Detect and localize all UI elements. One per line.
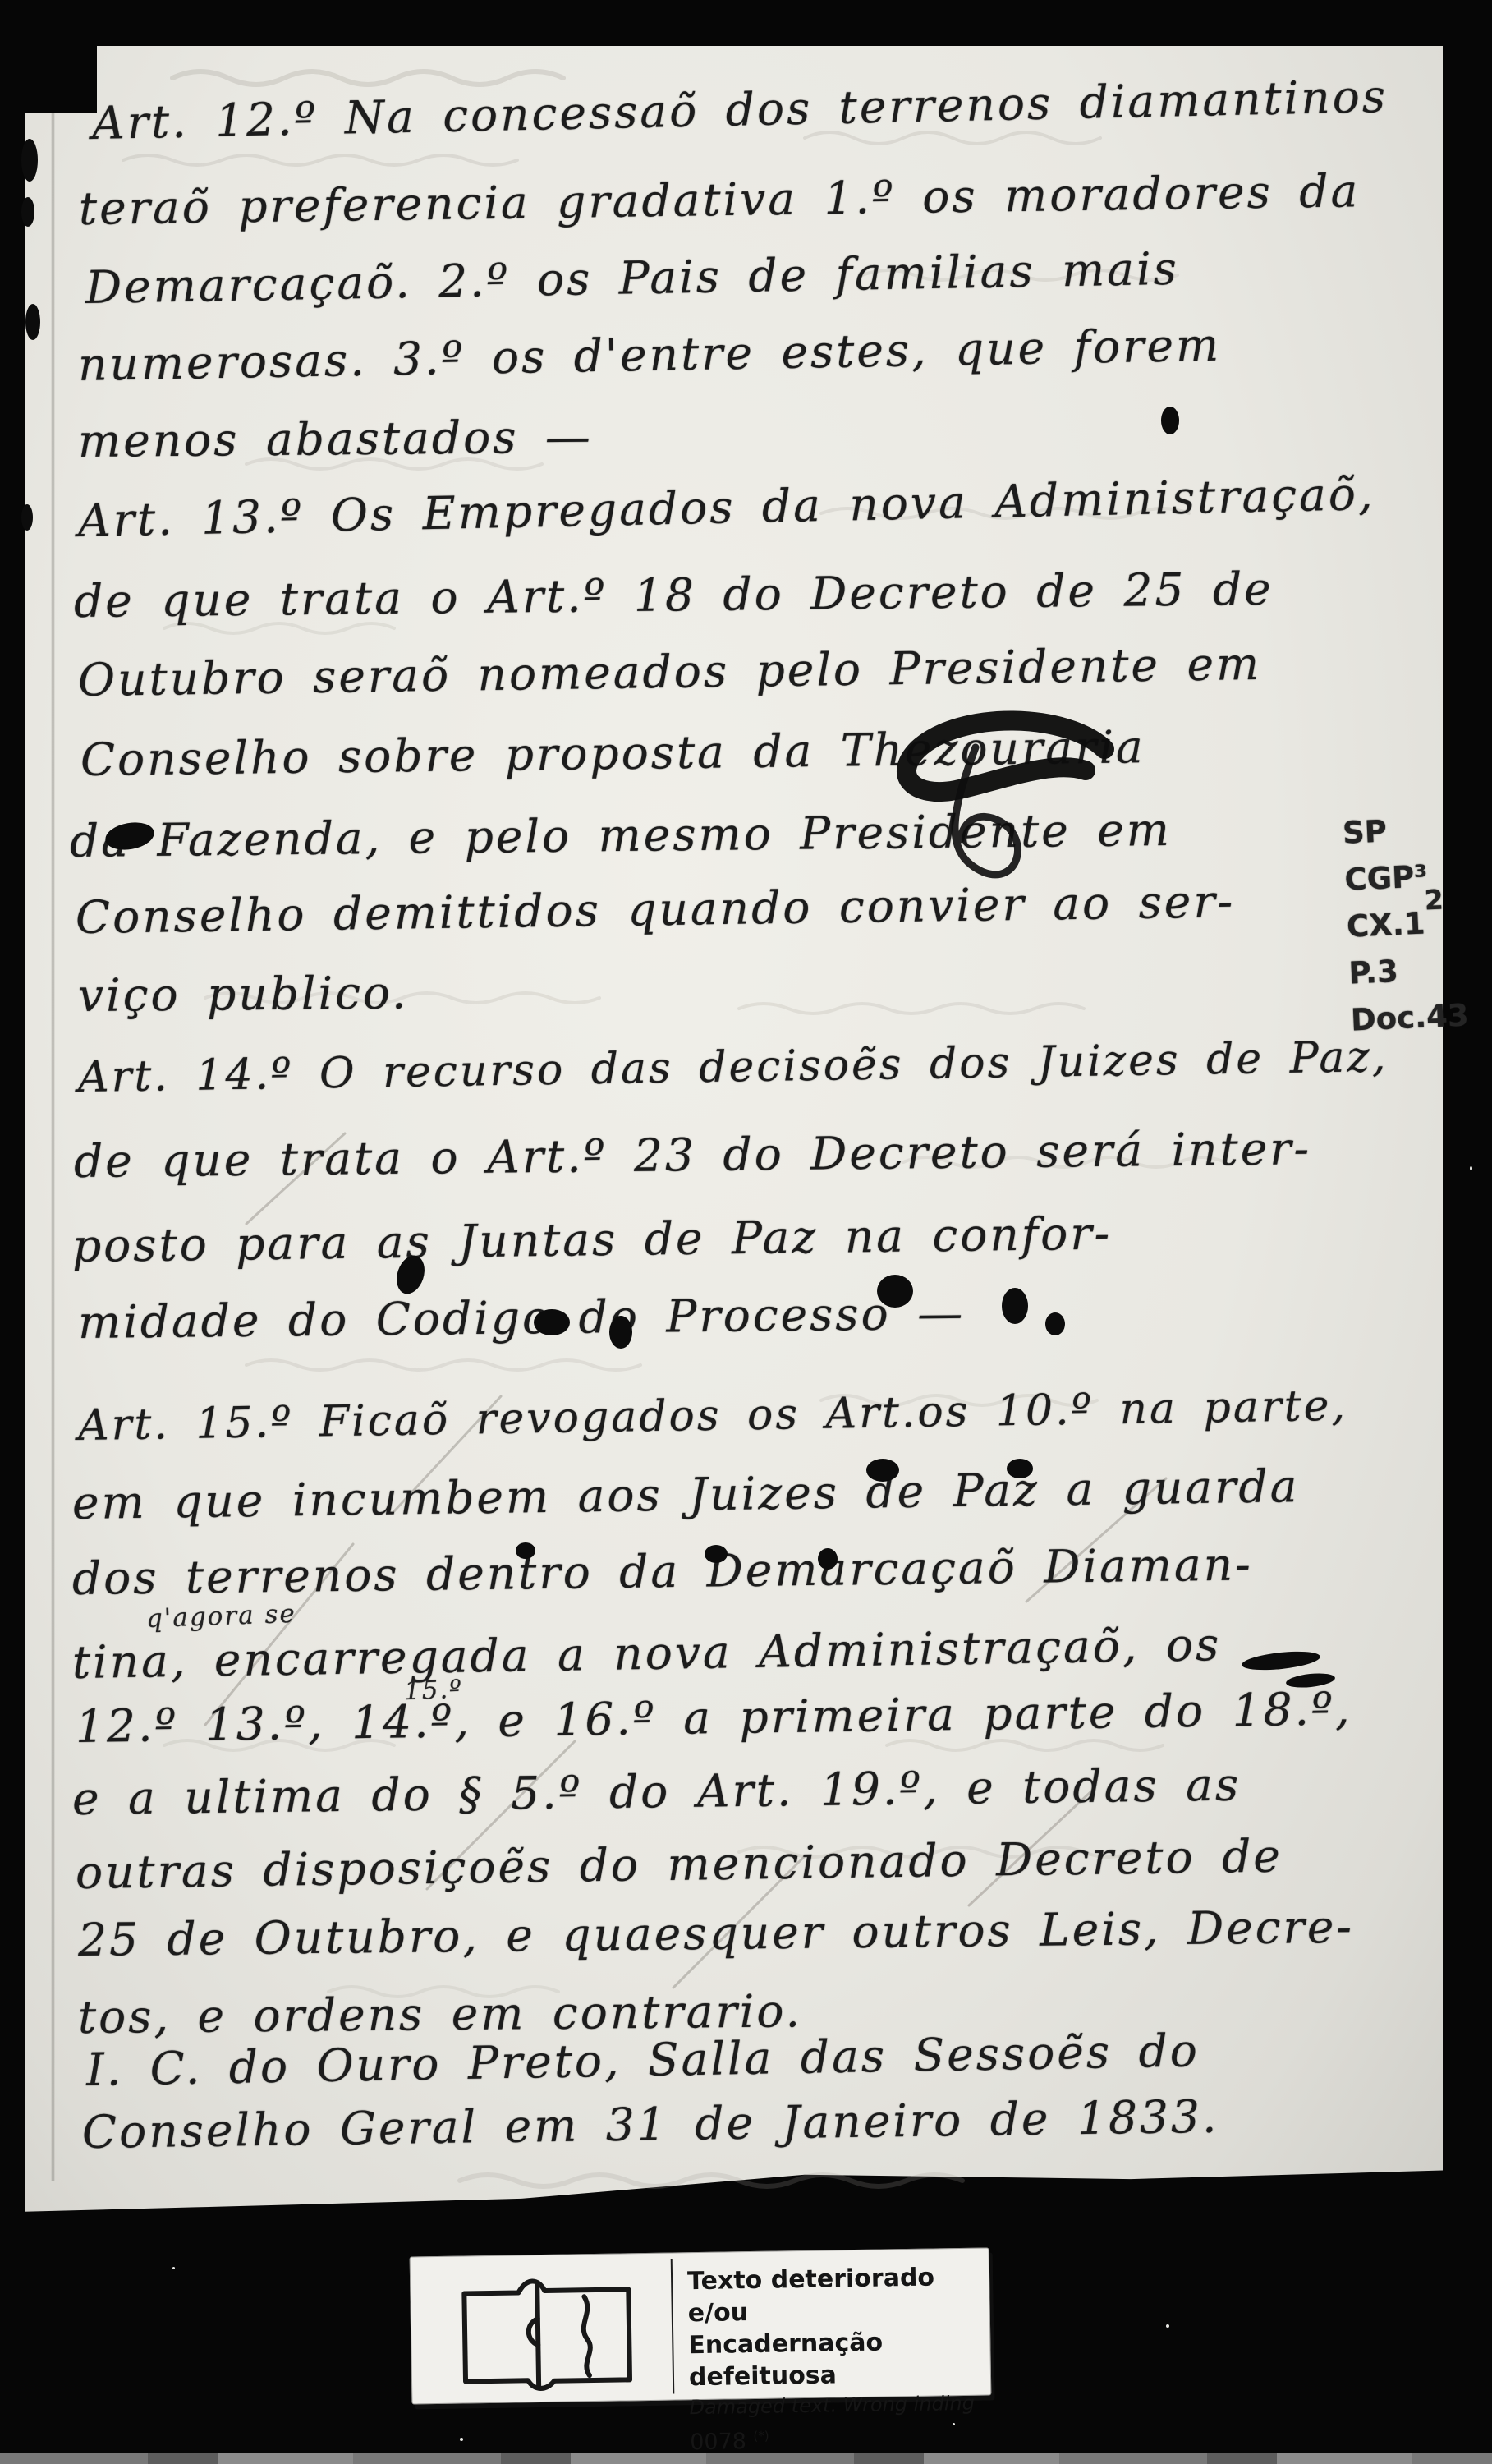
edge-blot	[21, 197, 34, 227]
ink-blot	[866, 1459, 899, 1482]
dust-speck	[172, 2267, 175, 2269]
archive-condition-label: Texto deteriorado e/ou Encadernação defe…	[410, 2247, 992, 2404]
scanned-page: Art. 12.º Na concessaõ dos terrenos diam…	[0, 0, 1492, 2464]
ink-blot	[1002, 1288, 1028, 1324]
edge-blot	[25, 304, 40, 340]
ink-blot	[1045, 1312, 1065, 1335]
ink-blot	[392, 1252, 429, 1298]
margin-note-line: CX.1	[1346, 897, 1487, 949]
ink-strike	[1285, 1671, 1335, 1689]
archive-margin-note: SP CGP³ CX.1 P.3 Doc.43 2	[1342, 803, 1491, 1043]
ink-blot	[705, 1545, 728, 1563]
ink-blot	[609, 1316, 632, 1349]
label-divider	[671, 2259, 675, 2394]
dust-speck	[953, 2423, 955, 2425]
ink-blot	[877, 1275, 913, 1308]
ink-blot	[516, 1542, 535, 1559]
margin-note-line: CGP³	[1343, 850, 1485, 903]
dust-speck	[1470, 1166, 1472, 1170]
ink-blot	[103, 819, 157, 853]
margin-note-line: Doc.43	[1350, 991, 1491, 1043]
label-text-pt-2: Encadernação defeituosa	[688, 2324, 991, 2393]
edge-blot	[21, 139, 38, 182]
ink-blot	[1007, 1459, 1033, 1478]
dust-speck	[460, 2438, 463, 2441]
ink-blot	[1161, 407, 1179, 434]
edge-blot	[21, 504, 33, 531]
margin-note-line: SP	[1342, 803, 1483, 856]
ink-strike	[1241, 1648, 1321, 1673]
label-text-pt-1: Texto deteriorado e/ou	[687, 2260, 990, 2329]
scanner-bottom-strip	[0, 2453, 1492, 2464]
ink-blot	[818, 1548, 838, 1570]
ink-blot	[534, 1309, 570, 1335]
ink-blots	[0, 0, 1492, 2464]
label-text-en: Damaged text. Wrong inding	[689, 2388, 991, 2421]
dust-speck	[1166, 2324, 1169, 2328]
margin-note-floating-digit: 2	[1424, 876, 1444, 924]
label-number-note: (*)	[753, 2429, 769, 2443]
margin-note-line: P.3	[1347, 944, 1489, 996]
damaged-book-icon	[452, 2266, 643, 2393]
